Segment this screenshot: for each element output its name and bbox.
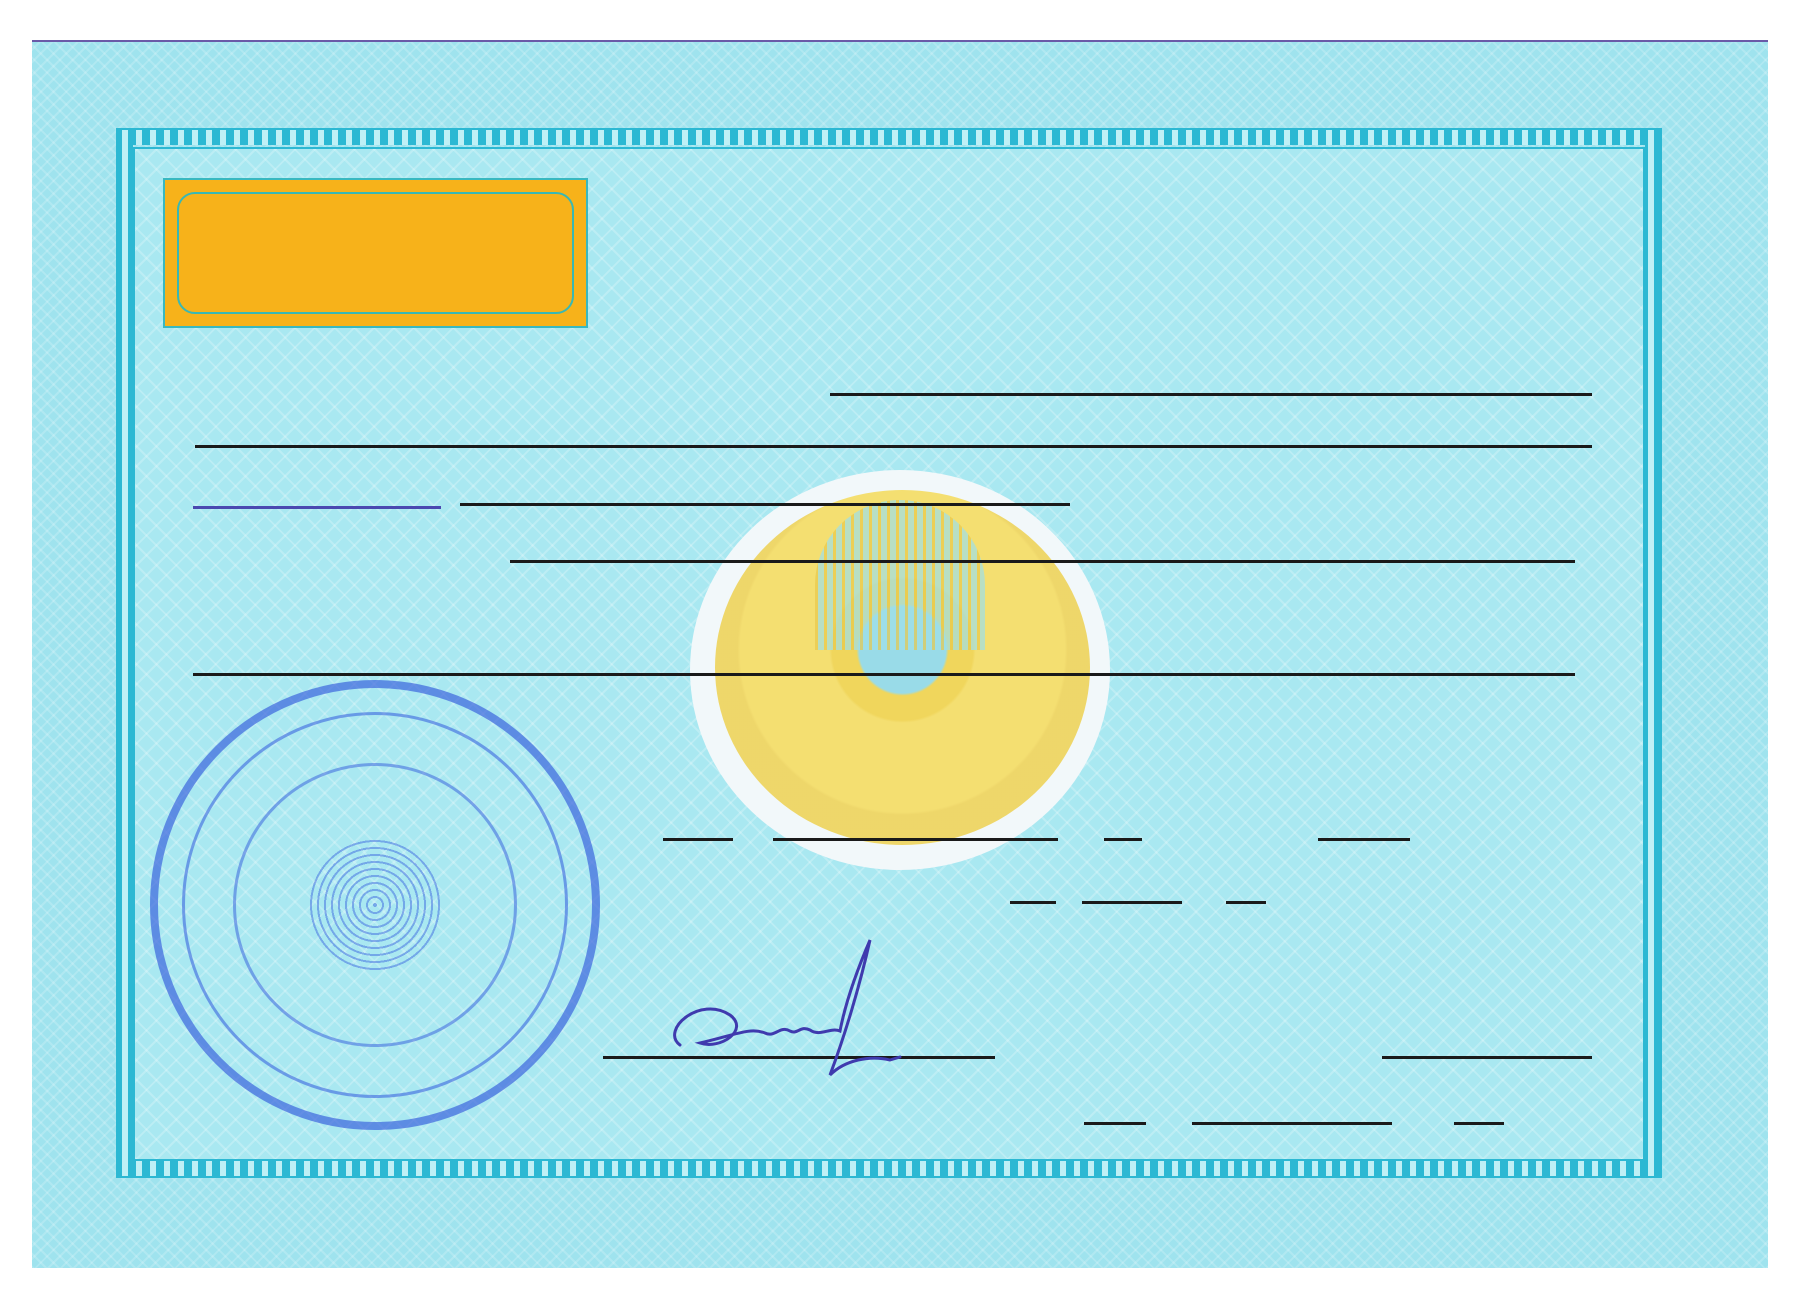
issue-day-line — [1084, 1122, 1146, 1125]
order-number-line — [1318, 838, 1410, 841]
issue-year-line — [1454, 1122, 1504, 1125]
validity-year-line — [1226, 901, 1266, 904]
official-stamp — [150, 680, 600, 1130]
validity-month-line — [1082, 901, 1182, 904]
specialty-line — [510, 560, 1575, 563]
surname-line — [830, 393, 1592, 396]
serial-inner-frame — [177, 192, 574, 314]
order-year-line — [1104, 838, 1142, 841]
validity-day-line — [1010, 901, 1056, 904]
assignment-underline — [193, 506, 441, 509]
name-line — [195, 445, 1592, 448]
issue-month-line — [1192, 1122, 1392, 1125]
director-signature — [640, 935, 960, 1085]
category-line — [460, 503, 1070, 506]
registration-line — [1382, 1056, 1592, 1059]
order-month-line — [773, 838, 1058, 841]
stamp-text-ring — [158, 688, 592, 1122]
without-specialty-line — [193, 673, 1575, 676]
serial-number-box — [163, 178, 588, 328]
order-day-line — [663, 838, 733, 841]
